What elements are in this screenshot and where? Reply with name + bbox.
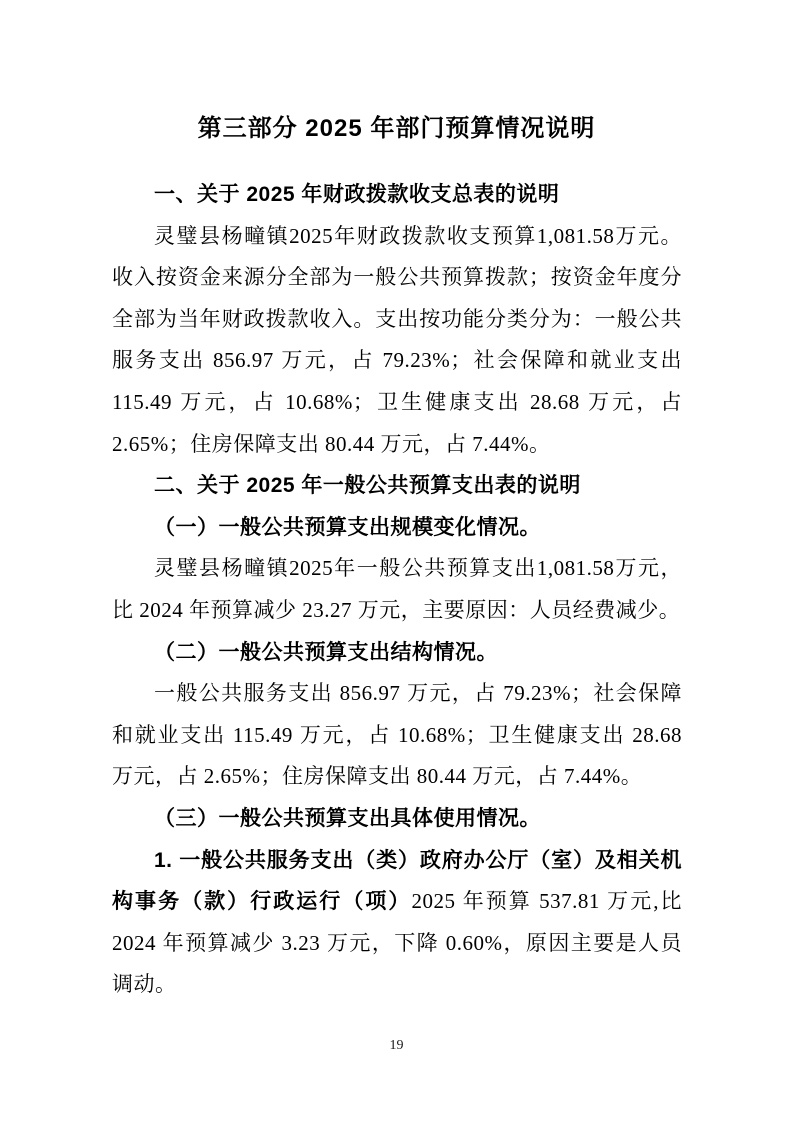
page-number: 19: [0, 1038, 793, 1054]
section-2-sub-3-paragraph: 1. 一般公共服务支出（类）政府办公厅（室）及相关机构事务（款）行政运行（项）2…: [112, 840, 682, 1006]
section-2-sub-2-heading: （二）一般公共预算支出结构情况。: [112, 632, 682, 674]
document-page: 第三部分 2025 年部门预算情况说明 一、关于 2025 年财政拨款收支总表的…: [0, 0, 793, 1122]
page-title: 第三部分 2025 年部门预算情况说明: [0, 0, 793, 146]
section-2-heading: 二、关于 2025 年一般公共预算支出表的说明: [112, 465, 682, 507]
section-2-sub-1-heading: （一）一般公共预算支出规模变化情况。: [112, 507, 682, 549]
section-1-heading: 一、关于 2025 年财政拨款收支总表的说明: [112, 174, 682, 216]
section-2-sub-2-paragraph: 一般公共服务支出 856.97 万元，占 79.23%；社会保障和就业支出 11…: [112, 673, 682, 798]
section-2-sub-3-heading: （三）一般公共预算支出具体使用情况。: [112, 798, 682, 840]
section-2-sub-1-paragraph: 灵璧县杨疃镇2025年一般公共预算支出1,081.58万元，比 2024 年预算…: [112, 548, 682, 631]
section-1-paragraph: 灵璧县杨疃镇2025年财政拨款收支预算1,081.58万元。收入按资金来源分全部…: [112, 216, 682, 466]
document-body: 一、关于 2025 年财政拨款收支总表的说明 灵璧县杨疃镇2025年财政拨款收支…: [112, 174, 682, 1006]
